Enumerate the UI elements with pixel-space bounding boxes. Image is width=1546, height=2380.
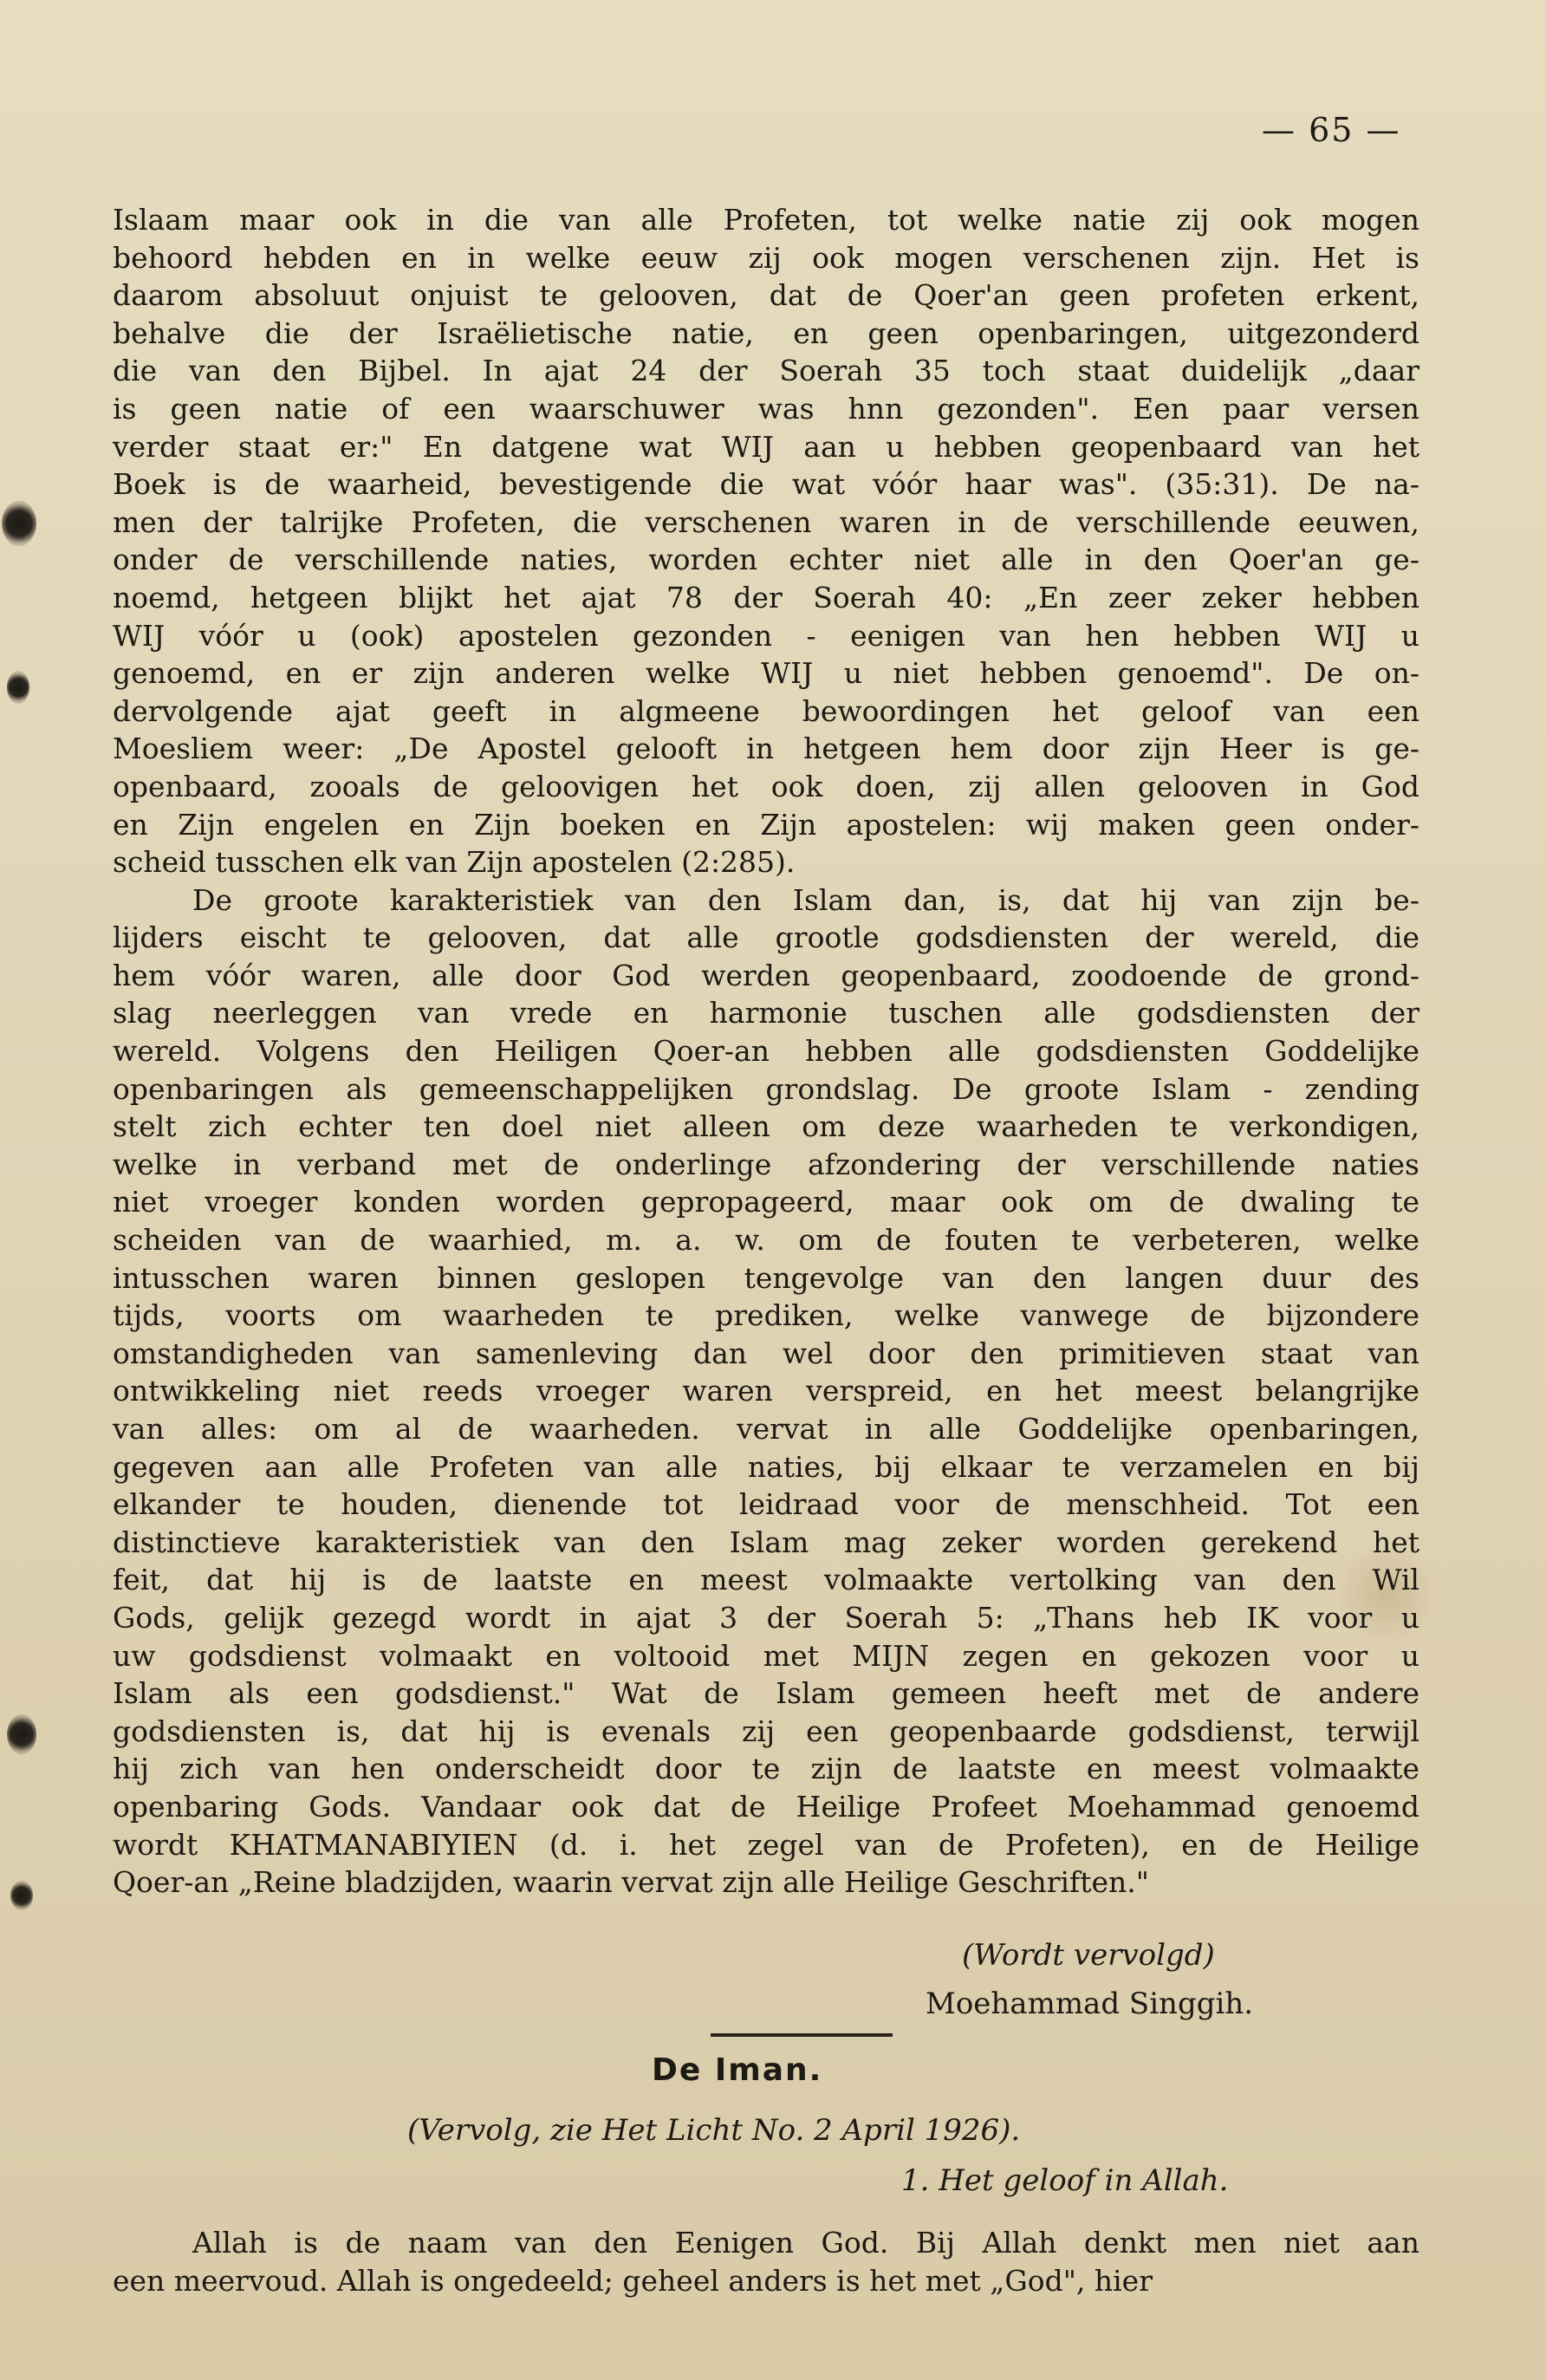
text-line: wordt KHATMANABIYIEN (d. i. het zegel va… (113, 1826, 1419, 1864)
text-line: behoord hebden en in welke eeuw zij ook … (113, 239, 1419, 277)
text-line: feit, dat hij is de laatste en meest vol… (113, 1561, 1419, 1599)
text-line: en Zijn engelen en Zijn boeken en Zijn a… (113, 806, 1419, 844)
text-line: Islaam maar ook in die van alle Profeten… (113, 201, 1419, 239)
text-line: godsdiensten is, dat hij is evenals zij … (113, 1713, 1419, 1751)
text-line: De groote karakteristiek van den Islam d… (113, 881, 1419, 920)
text-line: Qoer-an „Reine bladzijden, waarin vervat… (113, 1863, 1419, 1902)
author-signature: Moehammad Singgih. (926, 1987, 1253, 2021)
text-line: van alles: om al de waarheden. vervat in… (113, 1410, 1419, 1448)
text-line: Moesliem weer: „De Apostel gelooft in he… (113, 730, 1419, 768)
text-line: Allah is de naam van den Eenigen God. Bi… (113, 2224, 1419, 2262)
text-line: verder staat er:" En datgene wat WIJ aan… (113, 428, 1419, 466)
page-number: — 65 — (1262, 111, 1401, 149)
text-line: hem vóór waren, alle door God werden geo… (113, 957, 1419, 995)
text-line: openbaring Gods. Vandaar ook dat de Heil… (113, 1788, 1419, 1826)
article-subtitle: (Vervolg, zie Het Licht No. 2 April 1926… (407, 2113, 1020, 2148)
article-2-body: Allah is de naam van den Eenigen God. Bi… (113, 2224, 1419, 2299)
text-line: openbaringen als gemeenschappelijken gro… (113, 1070, 1419, 1109)
text-line: gegeven aan alle Profeten van alle natie… (113, 1448, 1419, 1486)
text-line: intusschen waren binnen geslopen tengevo… (113, 1259, 1419, 1297)
text-line: ontwikkeling niet reeds vroeger waren ve… (113, 1372, 1419, 1410)
text-line: noemd, hetgeen blijkt het ajat 78 der So… (113, 579, 1419, 617)
continued-note: (Wordt vervolgd) (962, 1938, 1215, 1973)
text-line: die van den Bijbel. In ajat 24 der Soera… (113, 352, 1419, 390)
text-line: een meervoud. Allah is ongedeeld; geheel… (113, 2262, 1419, 2300)
text-line: tijds, voorts om waarheden te prediken, … (113, 1297, 1419, 1335)
text-line: niet vroeger konden worden gepropageerd,… (113, 1183, 1419, 1221)
text-line: openbaard, zooals de geloovigen het ook … (113, 768, 1419, 806)
text-line: behalve die der Israëlietische natie, en… (113, 315, 1419, 353)
ink-blot (2, 501, 36, 546)
text-line: onder de verschillende naties, worden ec… (113, 541, 1419, 579)
article-body: Islaam maar ook in die van alle Profeten… (113, 201, 1419, 1902)
text-line: omstandigheden van samenleving dan wel d… (113, 1335, 1419, 1373)
text-line: hij zich van hen onderscheidt door te zi… (113, 1750, 1419, 1788)
text-line: daarom absoluut onjuist te gelooven, dat… (113, 276, 1419, 315)
text-line: slag neerleggen van vrede en harmonie tu… (113, 994, 1419, 1032)
section-divider (711, 2033, 893, 2037)
text-line: distinctieve karakteristiek van den Isla… (113, 1524, 1419, 1562)
text-line: men der talrijke Profeten, die verschene… (113, 504, 1419, 542)
ink-blot (7, 671, 29, 704)
text-line: welke in verband met de onderlinge afzon… (113, 1146, 1419, 1184)
section-heading: 1. Het geloof in Allah. (901, 2163, 1228, 2198)
ink-blot (7, 1714, 36, 1754)
article-title: De Iman. (652, 2052, 822, 2088)
text-line: scheid tusschen elk van Zijn apostelen (… (113, 843, 1419, 881)
text-line: uw godsdienst volmaakt en voltooid met M… (113, 1637, 1419, 1675)
text-line: dervolgende ajat geeft in algmeene bewoo… (113, 693, 1419, 731)
text-line: elkander te houden, dienende tot leidraa… (113, 1486, 1419, 1524)
text-line: lijders eischt te gelooven, dat alle gro… (113, 919, 1419, 957)
text-line: Islam als een godsdienst." Wat de Islam … (113, 1674, 1419, 1713)
text-line: is geen natie of een waarschuwer was hnn… (113, 390, 1419, 428)
text-line: stelt zich echter ten doel niet alleen o… (113, 1108, 1419, 1146)
scanned-page: — 65 — Islaam maar ook in die van alle P… (0, 0, 1546, 2380)
text-line: scheiden van de waarhied, m. a. w. om de… (113, 1221, 1419, 1259)
ink-blot (10, 1881, 33, 1910)
text-line: Boek is de waarheid, bevestigende die wa… (113, 465, 1419, 504)
text-line: Gods, gelijk gezegd wordt in ajat 3 der … (113, 1599, 1419, 1637)
text-line: WIJ vóór u (ook) apostelen gezonden - ee… (113, 617, 1419, 655)
text-line: genoemd, en er zijn anderen welke WIJ u … (113, 654, 1419, 693)
text-line: wereld. Volgens den Heiligen Qoer-an heb… (113, 1032, 1419, 1070)
